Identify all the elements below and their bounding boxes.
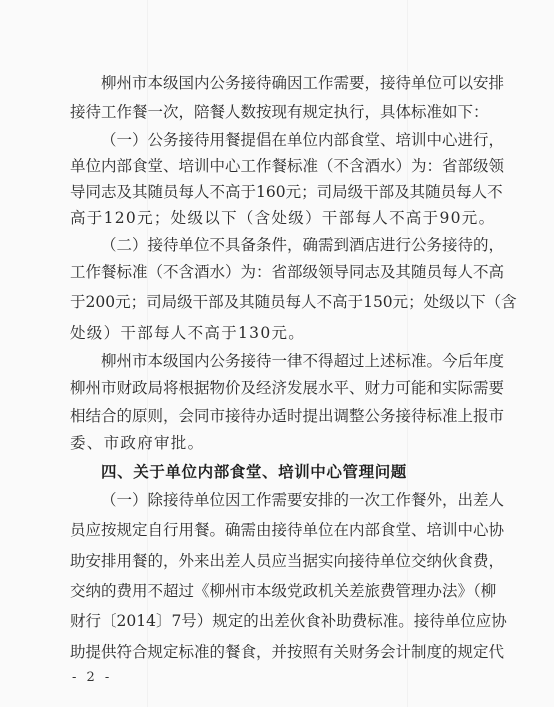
paragraph-1-line-2: 接待工作餐一次，陪餐人数按现有规定执行，具体标准如下： [70,101,484,123]
paragraph-3-line-3: 于200元；司局级干部及其随员每人不高于150元；处级以下（含 [70,291,484,313]
paragraph-4-line-4: 委、市政府审批。 [70,432,484,454]
page-number: - 2 - [72,668,112,688]
section-heading-4: 四、关于单位内部食堂、培训中心管理问题 [101,461,484,483]
paragraph-3-line-2: 工作餐标准（不含酒水）为：省部级领导同志及其随员每人不高 [70,261,484,283]
paragraph-5-line-1: （一）除接待单位因工作需要安排的一次工作餐外，出差人 [101,489,484,511]
paragraph-3-line-4: 处级）干部每人不高于130元。 [70,322,484,344]
paragraph-4-line-1: 柳州市本级国内公务接待一律不得超过上述标准。今后年度 [101,350,484,372]
paragraph-4-line-3: 相结合的原则，会同市接待办适时提出调整公务接待标准上报市 [70,405,484,427]
paragraph-2-line-1: （一）公务接待用餐提倡在单位内部食堂、培训中心进行， [101,129,484,151]
paragraph-2-line-4: 高于120元；处级以下（含处级）干部每人不高于90元。 [70,207,484,229]
paragraph-5-line-2: 员应按规定自行用餐。确需由接待单位在内部食堂、培训中心协 [70,519,484,541]
document-page: 柳州市本级国内公务接待确因工作需要，接待单位可以安排 接待工作餐一次，陪餐人数按… [0,0,554,707]
paragraph-5-line-3: 助安排用餐的，外来出差人员应当据实向接待单位交纳伙食费， [70,550,484,572]
paragraph-5-line-6: 助提供符合规定标准的餐食，并按照有关财务会计制度的规定代 [70,641,484,663]
paragraph-1-line-1: 柳州市本级国内公务接待确因工作需要，接待单位可以安排 [101,72,484,94]
paragraph-4-line-2: 柳州市财政局将根据物价及经济发展水平、财力可能和实际需要 [70,377,484,399]
paragraph-5-line-5: 财行〔2014〕7号）规定的出差伙食补助费标准。接待单位应协 [70,610,484,632]
paragraph-2-line-3: 导同志及其随员每人不高于160元；司局级干部及其随员每人不 [70,181,484,203]
paragraph-5-line-4: 交纳的费用不超过《柳州市本级党政机关差旅费管理办法》（柳 [70,580,484,602]
paragraph-2-line-2: 单位内部食堂、培训中心工作餐标准（不含酒水）为：省部级领 [70,155,484,177]
paragraph-3-line-1: （二）接待单位不具备条件，确需到酒店进行公务接待的， [101,234,484,256]
